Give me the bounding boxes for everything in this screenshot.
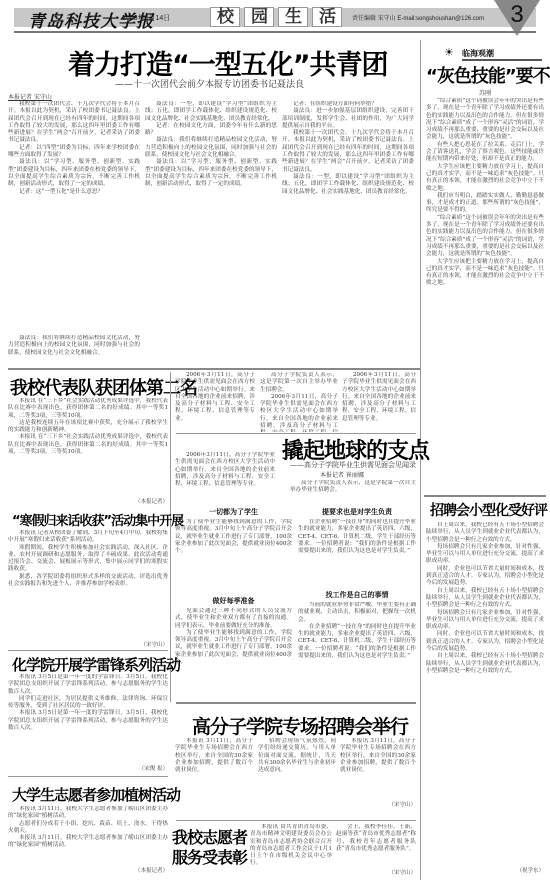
lead-byline: 本报记者 宋守山 [8, 92, 52, 101]
paragraph: 同学们走进社区，为居民提供义务维修、法律咨询、环保宣传等服务，受到了社区居民的一… [8, 696, 168, 711]
paragraph: 本报讯 在“三下乡”社会实践活动优秀成果评选中，我校代表队在比赛中表现出色，获得… [8, 398, 168, 420]
masthead-rule [14, 31, 536, 33]
section-char: 园 [244, 7, 274, 27]
paragraph: 聂法良：以“学习型、服务型、创新型、实践型”团委建设为目标，四年来团委在校党委的… [8, 159, 140, 188]
winter-headline: “寒假归来话收获”活动集中开展 [12, 510, 183, 529]
paragraph: 2006年3月11日，高分子学院毕业生供需见面会在西方校区大学生活动中心如期举行… [260, 394, 338, 432]
feature-intro-col1: 2006年3月11日，高分子学院毕业生供需见面会在西方校区大学生活动中心如期举行… [175, 372, 255, 452]
feature-intro-col3: 2006年3月11日，高分子学院毕业生供需见面会在西方校区大学生活动中心如期举行… [342, 372, 416, 432]
feature-section-2: 提要求也是对学生负责 在企业招聘“一技在身”的同时也在提升毕业生的就业能力，多家… [298, 505, 416, 585]
team-credit: （本报记者） [8, 497, 168, 505]
sun-icon: ☀ [444, 46, 454, 59]
paragraph: 志愿者们分成若干小组，挖坑、栽苗、培土、浇水，干得热火朝天。 [8, 821, 168, 836]
feature-section-1: 一切都为了学生 为了使毕业生能够找到满意的工作，学院领导高度重视。3月中旬上午高… [175, 505, 292, 593]
column-kicker: ☀ 临海观潮 [426, 46, 544, 60]
feature-intro-col2: 高分子学院负责人表示，这是学院第一次自主举办毕业生招聘会。 2006年3月11日… [260, 372, 338, 432]
column-body: “综合素质”这个词被误会年年的突出是有些多了，现在是一个青年除了学习成绩外还要有… [426, 98, 544, 488]
section-char: 校 [210, 7, 240, 27]
volunteer-award-headline: 我校志愿者 服务受表彰 [172, 828, 247, 868]
section-divider [8, 650, 168, 651]
lead-body-tail: 聂法良：我们将继续打造精品校园文化活动，努力营造积极向上的校园文化氛围，同时加强… [8, 335, 140, 365]
paragraph: 聂法良：一型，即以建设“学习型”团组织为主线；五化，即团学工作载体化、组织建设规… [145, 101, 277, 123]
feature-section-3: 做好每季准备 见面会通过三种不同形式的人员交流方式，使毕业生和企业双方都有了直接… [175, 594, 292, 699]
paragraph: 记者：在校园文化方面，团委今年有什么新的思路？ [145, 123, 277, 138]
paragraph: 高分子学院负责人表示，这是学院第一次自主举办毕业生招聘会。 [260, 372, 338, 394]
paragraph: 在企业招聘“一技在身”的同时也在提升毕业生的就业能力，多家企业提出了英语四、六级… [298, 624, 416, 660]
issue-date: 2006年3月14日 [122, 13, 170, 23]
paragraph: 我校第十一次团代会、十九次学代会将于本月召开。本报以此为契机，采访了校团委书记聂… [8, 101, 140, 145]
section-divider [8, 776, 168, 777]
paragraph: 为了使毕业生能够找到满意的工作，学院领导高度重视。3月中旬上午高分子学院召开会议… [175, 519, 292, 555]
chemistry-headline: 化学院开展学雷锋系列活动 [12, 654, 180, 675]
editor-credit: 责任编辑 宋守山 E-mail:songshoushan@126.com [352, 13, 484, 22]
paragraph: 大学生应该把主要精力放在学习上，提高自己的真才实学，而不是一味追求“灰色技能”。… [426, 164, 544, 193]
section-heading: 做好每季准备 [175, 596, 292, 606]
paragraph: 自上周以来，我校已经有五十场小型招聘会陆续举行，从人员学生到就业企业代表都认为，… [426, 653, 544, 675]
paragraph: 我校第十一次团代会、十九次学代会将于本月召开。本报以此为契机，采访了校团委书记聂… [282, 130, 414, 174]
paragraph: 有些人把心思花在了拉关系、走后门上，学会了请客送礼，学会了察言观色。这些技能或许… [426, 142, 544, 164]
page-number: 3 [494, 1, 540, 29]
paragraph: 见面会通过三种不同形式的人员交流方式，使毕业生和企业双方都有了直接的沟通。同学们… [175, 608, 292, 630]
tree-planting-body: 本报讯 3月11日，我校大学生志愿者参加了崂山区团委主办的“绿化家园”植树活动。… [8, 806, 168, 866]
paragraph: 在企业招聘“一技在身”的同时也在提升毕业生的就业能力，多家企业提出了英语四、六级… [298, 519, 416, 555]
column-divider [170, 372, 171, 702]
paragraph: 聂法良：一型，即以建设“学习型”团组织为主线；五化，即团学工作载体化、组织建设规… [282, 174, 414, 196]
polymer-fair-col1: 本报讯 3月11日，高分子学院毕业生专场招聘会在西方校区举行，来自全国的30余家… [175, 738, 253, 800]
kicker-label: 临海观潮 [462, 48, 494, 59]
column-author: 苏刚 [420, 88, 550, 97]
page-number-badge: 3 [494, 0, 540, 34]
paragraph: 聂法良：进一步加强基层团组织建设，完善团干部培训制度，发挥学生会、社团的作用，为… [282, 108, 414, 130]
chemistry-body: 本报讯 3月5日是第一年一度的学雷锋日。3月5日，我校化学院团总支组织开展了学雷… [8, 674, 168, 764]
small-fair-credit: （祝学东） [426, 866, 544, 874]
paragraph: 聂法良：以“学习型、服务型、创新型、实践型”团委建设为目标，四年来团委在校党委的… [145, 159, 277, 188]
paragraph: 本报讯 3月11日，高分子学院毕业生专场招聘会在西方校区举行，来自全国的30余家… [175, 738, 253, 774]
paragraph: 我们应当明白，踏踏实实做人、勤勤恳恳做事，才是成才的正道。那些所谓的“灰色技能”… [426, 193, 544, 215]
paragraph: 自上周以来，我校已经有五十场小型招聘会陆续举行，从人员学生到就业企业代表都认为，… [426, 588, 544, 610]
volunteer-award-credit: （宋守山） [336, 868, 416, 876]
lead-body-col1: 我校第十一次团代会、十九次学代会将于本月召开。本报以此为契机，采访了校团委书记聂… [8, 101, 140, 333]
section-heading: 一切都为了学生 [175, 507, 292, 517]
headline-line: 我校志愿者 [172, 828, 247, 848]
paragraph: 本报讯 记者从校团委了解到，3月下旬至4月中旬，我校将集中开展“寒假归来话收获”… [8, 530, 168, 545]
paragraph: 2006年3月11日，高分子学院毕业生供需见面会在西方校区大学生活动中心如期举行… [342, 372, 416, 423]
small-fair-headline: 招聘会小型化受好评 [430, 500, 547, 520]
paragraph: 这是我校连续五年在该项比赛中获奖，充分展示了我校学生的实践能力和创新精神。 [8, 420, 168, 435]
paragraph: 本报讯 3月11日，我校大学生志愿者参加了崂山区团委主办的“绿化家园”植树活动。 [8, 835, 168, 850]
polymer-fair-headline: 高分子学院专场招聘会举行 [192, 712, 408, 739]
headline-line: 服务受表彰 [172, 848, 247, 868]
winter-body: 本报讯 记者从校团委了解到，3月下旬至4月中旬，我校将集中开展“寒假归来话收获”… [8, 530, 168, 640]
lead-body-col2: 聂法良：一型，即以建设“学习型”团组织为主线；五化，即团学工作载体化、组织建设规… [145, 101, 277, 333]
section-heading: 提要求也是对学生负责 [298, 507, 416, 517]
section-divider [176, 820, 416, 821]
paragraph: 寒假期间，我校学生积极参加社会实践活动，深入社区、企业、农村开展调研和志愿服务，… [8, 545, 168, 574]
lead-body-col3: 记者：在组织建设方面有何举措？ 聂法良：进一步加强基层团组织建设，完善团干部培训… [282, 101, 414, 333]
paragraph: 当前的就业形势非常严峻，毕业生要有正确的就业观，主动出击，积极面对，把握每一次机… [298, 602, 416, 624]
paragraph: 记者：这“一型五化”是什么意思？ [8, 189, 140, 196]
paragraph: 为了使毕业生能够找到满意的工作，学院领导高度重视。3月中旬上午高分子学院召开会议… [175, 630, 292, 666]
small-fair-body: 自上周以来，我校已经有五十场小型招聘会陆续举行，从人员学生到就业企业代表都认为，… [426, 522, 544, 852]
tree-planting-credit: （本报记者） [8, 866, 168, 874]
paragraph: 记者：以“四型”团委为目标，四年来学校团委在哪些方面取得了发展？ [8, 145, 140, 160]
paragraph: 本报讯 3月5日是第一年一度的学雷锋日。3月5日，我校化学院团总支组织开展了学雷… [8, 674, 168, 696]
paragraph: 本报讯 3月5日是第一年一度的学雷锋日。3月5日，我校化学院团总支组织开展了学雷… [8, 710, 168, 732]
section-char: 活 [312, 7, 342, 27]
feature-body-top-right: 高分子学院负责人表示，这是学院第一次自主举办毕业生招聘会。 [290, 480, 416, 504]
masthead: 青岛科技大学报 2006年3月14日 校 园 生 活 责任编辑 宋守山 E-ma… [0, 0, 550, 36]
paragraph: 本报讯 3月11日，高分子学院毕业生专场招聘会在西方校区举行，来自全国的30余家… [340, 738, 416, 774]
feature-body-top: 2006年3月11日，高分子学院毕业生供需见面会在西方校区大学生活动中心如期举行… [175, 452, 275, 502]
paragraph: 同时，企业也可以节省大量时间和成本，找到真正适合的人才。专家认为，招聘会小型化是… [426, 566, 544, 588]
paragraph: 招聘会现场气氛热烈，同学们纷纷递交简历，与用人单位面对面交流。据统计，当天共有3… [258, 738, 336, 774]
section-divider [424, 495, 546, 497]
paragraph: 高分子学院负责人表示，这是学院第一次自主举办毕业生招聘会。 [290, 480, 416, 495]
team-headline: 我校代表队获团体第二名 [10, 374, 197, 400]
section-heading: 找工作是自己的事情 [298, 590, 416, 600]
paragraph: 据悉，各学院团委将组织形式多样的交流活动，评选出优秀社会实践报告和先进个人，并推… [8, 574, 168, 589]
paragraph: 本报讯 由共青团青岛市委、青岛市精神文明建设委员会办公室和青岛市志愿者协会联合召… [250, 824, 332, 868]
section-title: 校 园 生 活 [210, 7, 342, 27]
chemistry-credit: （宋俊 报） [8, 764, 168, 772]
team-body: 本报讯 在“三下乡”社会实践活动优秀成果评选中，我校代表队在比赛中表现出色，获得… [8, 398, 168, 498]
lead-subheadline: ——十一次团代会前夕本报专访团委书记聂法良 [115, 77, 304, 90]
feature-section-4: 找工作是自己的事情 当前的就业形势非常严峻，毕业生要有正确的就业观，主动出击，积… [298, 588, 416, 698]
paragraph: 每场招聘会只有几家企业参加，针对性强，毕业生可以与用人单位进行充分交流，提高了求… [426, 544, 544, 566]
kicker-rule [462, 59, 542, 61]
paragraph: 本报讯 3月11日，我校大学生志愿者参加了崂山区团委主办的“绿化家园”植树活动。 [8, 806, 168, 821]
feature-subheadline: ——高分子学院毕业生供需见面会见闻录 [290, 460, 416, 470]
section-char: 生 [278, 7, 308, 27]
feature-byline: 本报记者 崔丽娜 [320, 470, 364, 479]
paragraph: 2006年3月11日，高分子学院毕业生供需见面会在西方校区大学生活动中心如期举行… [175, 452, 275, 488]
paragraph: “综合素质”这个词被误会年年的突出是有些多了，现在是一个青年除了学习成绩外还要有… [426, 98, 544, 142]
paragraph: 大学生应该把主要精力放在学习上，提高自己的真才实学，而不是一味追求“灰色技能”。… [426, 259, 544, 288]
section-divider [8, 368, 420, 370]
paragraph: 每场招聘会只有几家企业参加，针对性强，毕业生可以与用人单位进行充分交流，提高了求… [426, 610, 544, 632]
polymer-fair-credit: （宋守山） [340, 800, 416, 808]
polymer-fair-col2: 招聘会现场气氛热烈，同学们纷纷递交简历，与用人单位面对面交流。据统计，当天共有3… [258, 738, 336, 800]
paragraph: “综合素质”这个词被误会年年的突出是有些多了，现在是一个青年除了学习成绩外还要有… [426, 215, 544, 259]
paragraph: 聂法良：我们将继续打造精品校园文化活动，努力营造积极向上的校园文化氛围，同时加强… [8, 335, 140, 357]
paragraph: 本报讯 在“三下乡”社会实践活动优秀成果评选中，我校代表队在比赛中表现出色，获得… [8, 434, 168, 456]
paragraph: 自上周以来，我校已经有五十场小型招聘会陆续举行，从人员学生到就业企业代表都认为，… [426, 522, 544, 544]
paragraph: 聂法良：我们将继续打造精品校园文化活动，努力营造积极向上的校园文化氛围，同时加强… [145, 137, 277, 159]
paragraph: 同时，企业也可以节省大量时间和成本，找到真正适合的人才。专家认为，招聘会小型化是… [426, 631, 544, 653]
polymer-fair-col3: 本报讯 3月11日，高分子学院毕业生专场招聘会在西方校区举行，来自全国的30余家… [340, 738, 416, 800]
volunteer-award-col2: 会上，我校李佳佳、王新、赵丽等获“青岛市优秀志愿者”称号，我校青年志愿者服务队获… [336, 824, 416, 870]
paragraph: 2006年3月11日，高分子学院毕业生供需见面会在西方校区大学生活动中心如期举行… [175, 372, 255, 423]
tree-planting-headline: 大学生志愿者参加植树活动 [12, 784, 180, 805]
section-divider [176, 702, 416, 704]
column-headline: “灰色技能”要不得 [426, 62, 550, 88]
volunteer-award-col1: 本报讯 由共青团青岛市委、青岛市精神文明建设委员会办公室和青岛市志愿者协会联合召… [250, 824, 332, 880]
paragraph: 会上，我校李佳佳、王新、赵丽等获“青岛市优秀志愿者”称号，我校青年志愿者服务队获… [336, 824, 416, 853]
winter-credit: （宋守山） [8, 640, 168, 648]
